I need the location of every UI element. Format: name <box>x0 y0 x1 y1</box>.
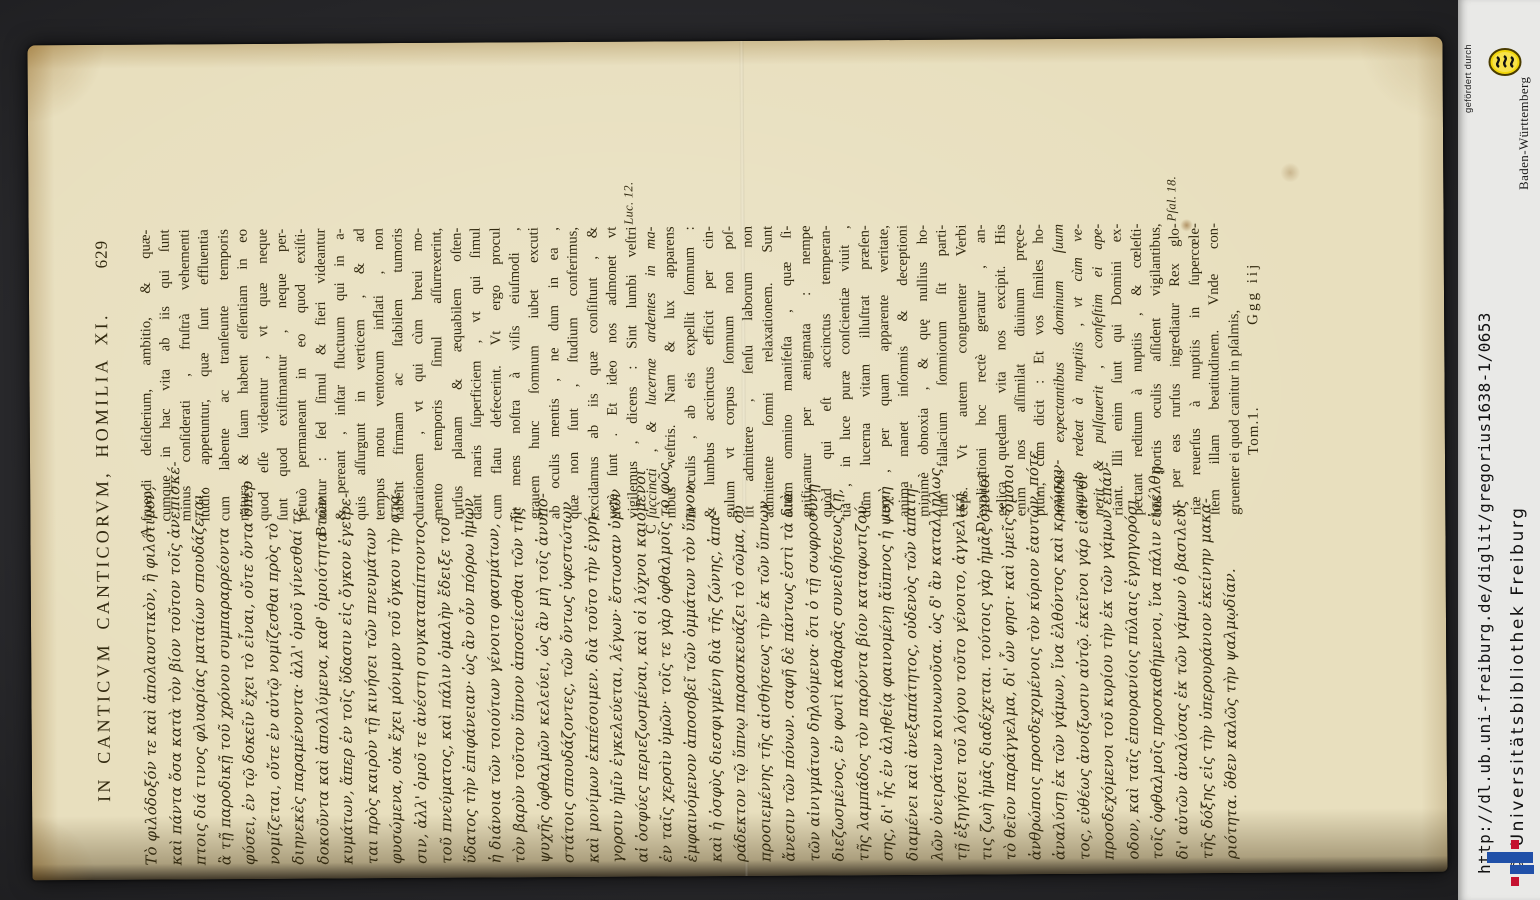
viewer-sidebar: gefördert durch Baden-Württemberg http:/… <box>1458 0 1540 900</box>
latin-text-line: ſunt quod exiſtimantur , neque per- <box>272 228 293 520</box>
copyright-notice: © Universitätsbibliothek Freiburg <box>1508 505 1528 874</box>
latin-text-line: natura, & ſuam habent eſſentiam in eo <box>233 228 254 520</box>
greek-text-line: πτοις διά τινος φλυαρίας ματαίων σπουδάζ… <box>186 535 213 865</box>
latin-text-line: anima manet inſomnis & deceptioni <box>894 224 915 516</box>
greek-text-line: τος, εὐθέως ἀνοίξωσιν αὐτῷ. ἐκεῖνοι γάρ … <box>1070 529 1097 859</box>
latin-text-line: petuò permaneant in eo quod exiſti- <box>291 228 312 520</box>
greek-text-line: λῶν ὀνειράτων κοινωνοῦσα. ὡς δ' ἂν καταλ… <box>922 530 949 860</box>
greek-text-line: ἐν ταῖς χερσὶν ὑμῶν· τοῖς τε γὰρ ὀφθαλμο… <box>652 532 679 862</box>
greek-text-line: ἐμφαινόμενον ἀποσοβεῖ τῶν ὀμμάτων τὸν ὕπ… <box>677 532 704 862</box>
latin-text-line: ab oculis mentis , ne dum in ea , <box>544 227 565 519</box>
greek-text-line: τῇ ἐξηγήσει τοῦ λόγου τοῦτο γένοιτο, ἀγγ… <box>947 530 974 860</box>
greek-text-line: διηνεκὲς παραμένοντα· ἀλλ' ὁμοῦ γίνεσθαί… <box>284 534 311 864</box>
page-number: 629 <box>91 239 111 268</box>
latin-text-line: ſit admittere , ſenſu laborum non <box>738 225 759 517</box>
greek-text-line: δι' αὐτῶν ἀναλύσας ἐκ τῶν γάμων ὁ βασιλε… <box>1168 529 1195 859</box>
latin-text-line: enim nos aſſimilat diuinum pręce- <box>1010 224 1031 516</box>
latin-text-line: quando redeat à nuptiis , vt cùm ve- <box>1068 223 1089 515</box>
latin-text-line: ptum, cùm dicit : Et vos ſimiles ho- <box>1029 224 1050 516</box>
greek-text-line: αἱ ὀσφύες περιεζωσμέναι, καὶ οἱ λύχνοι κ… <box>628 532 655 862</box>
section-markers: ABCD <box>27 45 32 880</box>
latin-text-line: & lumbus accinctus efficit per cin- <box>699 226 720 518</box>
latin-text-line: in oculis , ab eis expellit ſomnum : <box>680 226 701 518</box>
latin-text-line: quis aſſurgunt in verticem , & ad <box>350 228 371 520</box>
latin-text-line: minimè obnoxia , & quę nullius ho- <box>913 224 934 516</box>
margin-notes: Luc. 12.Pſal. 18. <box>27 45 32 880</box>
baden-wuerttemberg-coat-of-arms-icon <box>1488 47 1522 77</box>
greek-text-line: καὶ ἡ ὀσφὺς διεσφιγμένη διὰ τῆς ζώνης, ἀ… <box>702 532 729 862</box>
greek-text-line: ἀναλύσῃ ἐκ τῶν γάμων, ἵνα ἐλθόντος καὶ κ… <box>1045 529 1072 859</box>
digital-collection-url: http://dl.ub.uni-freiburg.de/diglit/greg… <box>1475 312 1494 874</box>
page-title: IN CANTICVM CANTICORVM, HOMILIA XI. <box>91 312 115 802</box>
greek-text-line: φυσώμενα, οὐκ ἔχει μόνιμον τοῦ ὄγκου τὴν… <box>382 534 409 864</box>
latin-text-line: rum fallacium ſomniorum ſit parti- <box>932 224 953 516</box>
quire-signature: Ggg iij <box>1244 261 1261 324</box>
latin-text-line: quòd qui eſt accinctus temperan- <box>816 225 837 517</box>
latin-text-line: vigilemus , dicens : Sint lumbi veſtri <box>622 226 643 518</box>
latin-text-line: habent firmam ac ſtabilem tumoris <box>389 228 410 520</box>
greek-text-line: ριότητα. ὅθεν καλῶς τὴν ψαλμῳδίαν. <box>1217 528 1244 858</box>
latin-text-line: riant. Illi enim ſunt qui Domini ex- <box>1107 223 1128 515</box>
greek-text-line: κυμάτων, ἅπερ ἐν τοῖς ὕδασιν εἰς ὄγκον ἐ… <box>333 534 360 864</box>
greek-text-line: σιν, ἀλλ' ὁμοῦ τε ἀνέστη συγκαταπίπτοντο… <box>407 533 434 863</box>
latin-text-line: dum lucerna vitam illuſtrat præſen- <box>855 225 876 517</box>
greek-text-line: προσιεμένης τῆς αἰσθήσεως τὴν ἐκ τῶν ὕπν… <box>751 531 778 861</box>
greek-text-line: τὸν βαρὺν τοῦτον ὕπνον ἀποσείεσθαι τῶν τ… <box>505 533 532 863</box>
latin-text-line: ſuccincti , & lucernæ ardentes in ma- <box>641 226 662 518</box>
greek-text-line: γορσιν ἡμῖν ἐγκελεύεται, λέγων· ἔστωσαν … <box>603 532 630 862</box>
latin-text-line: cum flatu defecerint. Vt ergo procul <box>486 227 507 519</box>
latin-text-line: tempus motu ventorum inflati , non <box>369 228 390 520</box>
latin-text-line: admittente ſomni relaxationem. Sunt <box>758 225 779 517</box>
greek-text-line: νομίζεται, οὔτε ἐν αὐτῷ νομίζεσθαι πρὸς … <box>260 534 287 864</box>
latin-text-line: quæ non ſunt , ſtudium conferimus, <box>563 226 584 518</box>
latin-text-line: gnificantur per ænigmata : nempe <box>796 225 817 517</box>
latin-text-line: cumque in hac vita ab iis qui ſunt <box>156 229 177 521</box>
latin-text-line: mento temporis ſimul aſſurrexerint, <box>427 227 448 519</box>
latin-text-line: nerit & pulſauerit , confeſtim ei ape- <box>1088 223 1109 515</box>
section-marker-A: A <box>138 523 155 540</box>
section-marker-C: C <box>643 520 660 537</box>
greek-text-line: ται πρὸς καιρὸν τῇ κινήσει τῶν πνευμάτων <box>358 534 385 864</box>
latin-text-line: cum labente ac tranſeunte temporis <box>214 229 235 521</box>
greek-text-line: ἡ διάνοια τῶν τοιούτων γένοιτο φασμάτων, <box>481 533 508 863</box>
latin-text-line: explicationi hoc rectè geratur , an- <box>971 224 992 516</box>
greek-text-line: φύσει, ἐν τῷ δοκεῖν ἔχει τὸ εἶναι, οὔτε … <box>235 534 262 864</box>
latin-text-line: rurſus planam & æquabilem oſten- <box>447 227 468 519</box>
latin-text-line: vt per eas rurſus ingrediatur Rex glo- <box>1165 223 1186 515</box>
greek-text-line: διαμένει καὶ ἀνεξαπάτητος, οὐδενὸς τῶν ἀ… <box>898 530 925 860</box>
latin-text-line: mantur : ſed ſimul & fieri videantur <box>311 228 332 520</box>
greek-text-line: δοκοῦντα καὶ ἀπολλύμενα, καθ' ὁμοιότητα … <box>309 534 336 864</box>
latin-text-line: dant maris ſuperficiem , vt qui ſimul <box>466 227 487 519</box>
greek-text-line: τις ζωὴ ἡμᾶς διαδέχεται. τούτοις γὰρ ἡμᾶ… <box>972 530 999 860</box>
latin-text-line: grauem hunc ſomnum iubet excuti <box>525 227 546 519</box>
greek-text-line: καὶ μονίμων ἐκπέσοιμεν. διὰ τοῦτο τὴν ἐγ… <box>579 532 606 862</box>
latin-column: fruendi deſiderium, ambitio, & quæ-cumqu… <box>136 222 1245 521</box>
section-marker-D: D <box>973 518 990 535</box>
margin-note: Pſal. 18. <box>1164 175 1179 220</box>
greek-text-line: καὶ πάντα ὅσα κατὰ τὸν βίον τοῦτον τοῖς … <box>162 535 189 865</box>
greek-text-line: τὸ θεῖον παράγγελμα, δι' ὧν φησι· καὶ ὑμ… <box>996 530 1023 860</box>
greek-text-line: οδον, καὶ ταῖς ἐπουρανίοις πύλαις ἐγρηγο… <box>1119 529 1146 859</box>
greek-text-line: τοῖς ὀφθαλμοῖς προσκαθήμενοι, ἵνα πάλιν … <box>1143 529 1170 859</box>
funding-label: gefördert durch <box>1463 44 1474 113</box>
latin-text-line: nibus veſtris. Nam & lux apparens <box>660 226 681 518</box>
running-header: IN CANTICVM CANTICORVM, HOMILIA XI. 629 <box>90 239 114 801</box>
latin-text-line: autem omnino manifeſta , quæ ſi- <box>777 225 798 517</box>
greek-text-line: τῶν αἰνιγμάτων δηλούμενα· ὅτι ὁ τῇ σωφρο… <box>800 531 827 861</box>
latin-text-line: tem , per quam apparente veritate, <box>874 225 895 517</box>
latin-text-line: ſtudio appetuntur, quæ ſunt effluentia <box>194 229 215 521</box>
latin-text-line: fruendi deſiderium, ambitio, & quæ- <box>136 229 157 521</box>
latin-text-line: minibus expectantibus dominum ſuum <box>1049 223 1070 515</box>
latin-text-line: pectant reditum à nuptiis , & cœleſti- <box>1127 223 1148 515</box>
latin-text-line: ſtem illam beatitudinem. Vnde con- <box>1204 223 1225 515</box>
funding-org-label: Baden-Württemberg <box>1516 77 1532 190</box>
latin-text-line: ceps. Vt autem congruenter Verbi <box>952 224 973 516</box>
greek-text-line: ἀνθρώποις προσδεχομένοις τὸν κύριον ἑαυτ… <box>1021 530 1048 860</box>
greek-text-line: διεζωσμένος, ἐν φωτὶ καθαρᾶς συνειδήσεως… <box>824 531 851 861</box>
latin-text-line: gulum vt corpus ſomnum non poſ- <box>719 225 740 517</box>
greek-text-line: ὕδατος τὴν ἐπιφάνειαν· ὡς ἂν οὖν πόρρω ἡ… <box>456 533 483 863</box>
greek-text-line: προσδεχόμενοι τοῦ κυρίου τὴν ἐκ τῶν γάμω… <box>1094 529 1121 859</box>
scan-background: IN CANTICVM CANTICORVM, HOMILIA XI. 629 … <box>0 0 1540 900</box>
volume-label: Tom.1. <box>1245 406 1262 454</box>
latin-text-line: tia , in luce puræ conſcientiæ viuit , <box>835 225 856 517</box>
margin-note: Luc. 12. <box>620 181 635 224</box>
latin-text-line: ſit mens noſtra à viſis eiuſmodi , <box>505 227 526 519</box>
latin-text-line: durationem , vt qui cùm breui mo- <box>408 227 429 519</box>
greek-text-line: στάτοις σπουδάζοντες, τῶν ὄντως ὑφεστώτω… <box>554 532 581 862</box>
latin-text-line: & pereant , inſtar fluctuum qui in a- <box>330 228 351 520</box>
latin-text-line: excidamus ab iis quæ conſiſtunt , & <box>583 226 604 518</box>
latin-text-line: gelica quędam vita nos excipit. His <box>991 224 1012 516</box>
greek-text-line: ράδεκτον τῷ ὕπνῳ παρασκευάζει τὸ σῶμα, ο… <box>726 531 753 861</box>
greek-text-line: τῆς λαμπάδος τὸν παρόντα βίον καταφωτιζο… <box>849 531 876 861</box>
latin-text-line: minus conſiderati , fruſtrà vehementi <box>175 229 196 521</box>
section-marker-B: B <box>313 522 330 539</box>
greek-text-line: τοῦ πνεύματος, καὶ πάλιν ὁμαλὴν ἔδειξε τ… <box>432 533 459 863</box>
greek-text-line: σης, δι' ἧς ἐν ἀληθείᾳ φαινομένῃ ἄϋπνος … <box>873 531 900 861</box>
latin-text-line: gruenter ei quod canitur in pſalmis, <box>1224 222 1245 514</box>
greek-text-line: ἃ τῇ παροδικῇ τοῦ χρόνου συμπαραρρέοντα <box>211 535 238 865</box>
book-page: IN CANTICVM CANTICORVM, HOMILIA XI. 629 … <box>27 36 1447 880</box>
greek-column: Τὸ φιλόδοξόν τε καὶ ἀπολαυστικὸν, ἢ φιλό… <box>137 528 1244 865</box>
greek-text-line: Τὸ φιλόδοξόν τε καὶ ἀπολαυστικὸν, ἢ φιλό… <box>137 535 164 865</box>
latin-text-line: quod eſſe videantur , vt quæ neque <box>253 228 274 520</box>
latin-text-line: verè ſunt . Et ideo nos admonet vt <box>602 226 623 518</box>
latin-text-line: bus portis oculis aſſident vigilantibus, <box>1146 223 1167 515</box>
greek-text-line: τῆς δόξης εἰς τὴν ὑπερουράνιον ἐκείνην μ… <box>1192 529 1219 859</box>
latin-text-line: riæ reuerſus à nuptiis in ſupercœle- <box>1185 223 1206 515</box>
greek-text-line: ἄνεσιν τῶν πόνων. σαφῆ δὲ πάντως ἐστὶ τὰ… <box>775 531 802 861</box>
greek-text-line: ψυχῆς ὀφθαλμῶν κελεύει, ὡς ἂν μὴ τοῖς ἀν… <box>530 533 557 863</box>
